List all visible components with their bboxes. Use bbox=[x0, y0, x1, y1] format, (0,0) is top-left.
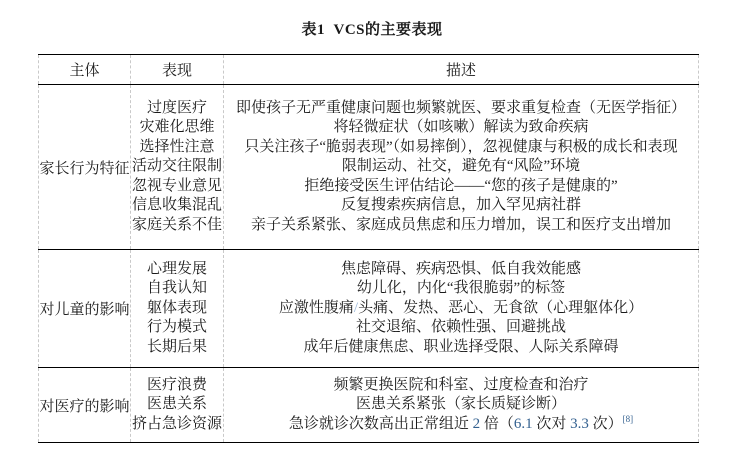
description-cell: 焦虑障碍、疾病恐惧、低自我效能感幼儿化，内化“我很脆弱”的标签应激性腹痛/头痛、… bbox=[224, 250, 699, 368]
manifestation-line: 医疗浪费 bbox=[131, 376, 223, 396]
manifestation-line: 过度医疗 bbox=[131, 99, 223, 119]
citation-ref: [8] bbox=[623, 414, 634, 424]
document-page: 表1 VCS的主要表现 主体 表现 描述 家长行为特征过度医疗灾难化思维选择性注… bbox=[0, 0, 744, 471]
vcs-table: 主体 表现 描述 家长行为特征过度医疗灾难化思维选择性注意活动交往限制忽视专业意… bbox=[38, 54, 699, 443]
table-title: 表1 VCS的主要表现 bbox=[0, 0, 744, 38]
description-line: 急诊就诊次数高出正常组近 2 倍（6.1 次对 3.3 次）[8] bbox=[224, 415, 698, 435]
manifestation-line: 忽视专业意见 bbox=[131, 177, 223, 197]
description-cell: 频繁更换医院和科室、过度检查和治疗医患关系紧张（家长质疑诊断）急诊就诊次数高出正… bbox=[224, 368, 699, 443]
manifestation-line: 家庭关系不佳 bbox=[131, 216, 223, 236]
plain-text: 倍（ bbox=[480, 416, 514, 432]
table-row: 家长行为特征过度医疗灾难化思维选择性注意活动交往限制忽视专业意见信息收集混乱家庭… bbox=[39, 85, 699, 250]
table-body: 家长行为特征过度医疗灾难化思维选择性注意活动交往限制忽视专业意见信息收集混乱家庭… bbox=[39, 85, 699, 443]
manifestation-line: 挤占急诊资源 bbox=[131, 415, 223, 435]
header-subject: 主体 bbox=[39, 55, 131, 85]
manifestation-cell: 过度医疗灾难化思维选择性注意活动交往限制忽视专业意见信息收集混乱家庭关系不佳 bbox=[131, 85, 224, 250]
highlighted-text: 6.1 bbox=[514, 416, 533, 432]
table-header: 主体 表现 描述 bbox=[39, 55, 699, 85]
table-row: 对医疗的影响医疗浪费医患关系挤占急诊资源频繁更换医院和科室、过度检查和治疗医患关… bbox=[39, 368, 699, 443]
manifestation-line: 活动交往限制 bbox=[131, 157, 223, 177]
manifestation-line: 心理发展 bbox=[131, 260, 223, 280]
description-line: 将轻微症状（如咳嗽）解读为致命疾病 bbox=[224, 118, 698, 138]
subject-cell: 家长行为特征 bbox=[39, 85, 131, 250]
description-line: 应激性腹痛/头痛、发热、恶心、无食欲（心理躯体化） bbox=[224, 299, 698, 319]
description-line: 即使孩子无严重健康问题也频繁就医、要求重复检查（无医学指征） bbox=[224, 99, 698, 119]
subject-cell: 对儿童的影响 bbox=[39, 250, 131, 368]
plain-text: 次） bbox=[589, 416, 623, 432]
description-line: 焦虑障碍、疾病恐惧、低自我效能感 bbox=[224, 260, 698, 280]
header-row: 主体 表现 描述 bbox=[39, 55, 699, 85]
manifestation-line: 自我认知 bbox=[131, 279, 223, 299]
manifestation-cell: 医疗浪费医患关系挤占急诊资源 bbox=[131, 368, 224, 443]
description-line: 社交退缩、依赖性强、回避挑战 bbox=[224, 318, 698, 338]
header-description: 描述 bbox=[224, 55, 699, 85]
description-line: 反复搜索疾病信息，加入罕见病社群 bbox=[224, 196, 698, 216]
plain-text: 头痛、发热、恶心、无食欲（心理躯体化） bbox=[358, 300, 643, 316]
description-line: 幼儿化，内化“我很脆弱”的标签 bbox=[224, 279, 698, 299]
manifestation-line: 灾难化思维 bbox=[131, 118, 223, 138]
description-line: 限制运动、社交，避免有“风险”环境 bbox=[224, 157, 698, 177]
manifestation-line: 长期后果 bbox=[131, 338, 223, 358]
header-manifestation: 表现 bbox=[131, 55, 224, 85]
description-cell: 即使孩子无严重健康问题也频繁就医、要求重复检查（无医学指征）将轻微症状（如咳嗽）… bbox=[224, 85, 699, 250]
subject-cell: 对医疗的影响 bbox=[39, 368, 131, 443]
description-line: 医患关系紧张（家长质疑诊断） bbox=[224, 395, 698, 415]
table-row: 对儿童的影响心理发展自我认知躯体表现行为模式长期后果焦虑障碍、疾病恐惧、低自我效… bbox=[39, 250, 699, 368]
plain-text: 急诊就诊次数高出正常组近 bbox=[289, 416, 473, 432]
highlighted-text: 2 bbox=[473, 416, 481, 432]
manifestation-line: 选择性注意 bbox=[131, 138, 223, 158]
description-line: 成年后健康焦虑、职业选择受限、人际关系障碍 bbox=[224, 338, 698, 358]
description-line: 拒绝接受医生评估结论——“您的孩子是健康的” bbox=[224, 177, 698, 197]
description-line: 频繁更换医院和科室、过度检查和治疗 bbox=[224, 376, 698, 396]
manifestation-line: 信息收集混乱 bbox=[131, 196, 223, 216]
manifestation-line: 躯体表现 bbox=[131, 299, 223, 319]
plain-text: 次对 bbox=[533, 416, 571, 432]
plain-text: 应激性腹痛 bbox=[279, 300, 354, 316]
description-line: 只关注孩子“脆弱表现”（如易摔倒），忽视健康与积极的成长和表现 bbox=[224, 138, 698, 158]
manifestation-cell: 心理发展自我认知躯体表现行为模式长期后果 bbox=[131, 250, 224, 368]
description-line: 亲子关系紧张、家庭成员焦虑和压力增加，误工和医疗支出增加 bbox=[224, 216, 698, 236]
manifestation-line: 医患关系 bbox=[131, 395, 223, 415]
manifestation-line: 行为模式 bbox=[131, 318, 223, 338]
highlighted-text: 3.3 bbox=[570, 416, 589, 432]
